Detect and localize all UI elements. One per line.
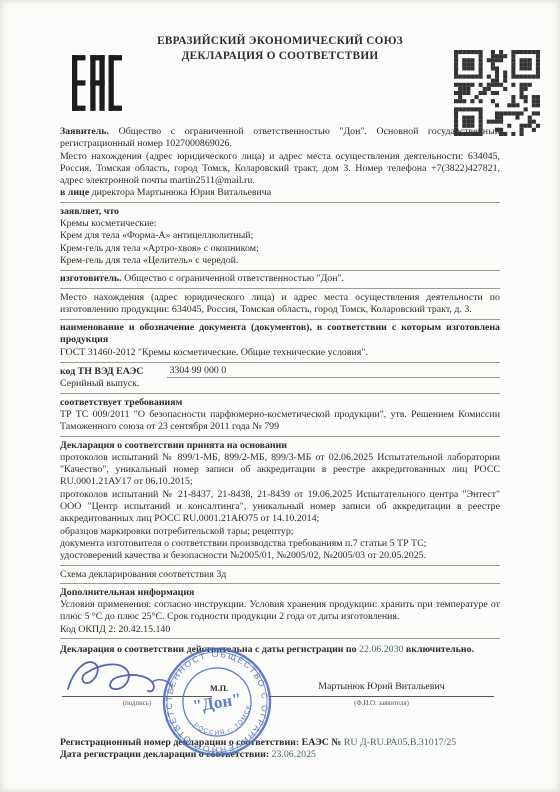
signature-block: (подпись) М.П. ОБЩЕСТВО С ОГРАНИЧЕННОЙ О… <box>60 661 500 721</box>
product-line: Кремы косметические: <box>60 218 500 230</box>
doc-basis-label: наименование и обозначение документа (до… <box>60 322 500 347</box>
compliance-label: соответствует требованиям <box>60 397 500 409</box>
manufacturer-paragraph: изготовитель. Общество с ограниченной от… <box>60 273 500 285</box>
applicant-label: Заявитель. <box>60 126 109 137</box>
signature-icon <box>60 655 225 699</box>
registration-footer: Регистрационный номер декларации о соотв… <box>60 737 500 762</box>
registration-date-value: 23.06.2025 <box>272 749 316 760</box>
divider <box>60 638 500 639</box>
manufacturer-address: Место нахождения (адрес юридического лиц… <box>60 292 500 317</box>
name-line <box>269 696 494 697</box>
registration-number-line: Регистрационный номер декларации о соотв… <box>60 737 500 749</box>
divider <box>60 202 500 203</box>
registration-number-value: RU Д-RU.РА05.В.31017/25 <box>344 737 456 748</box>
divider <box>60 583 500 584</box>
applicant-person: в лице директора Мартынюка Юрия Витальев… <box>60 187 500 199</box>
document-header: ЕВРАЗИЙСКИЙ ЭКОНОМИЧЕСКИЙ СОЮЗ ДЕКЛАРАЦИ… <box>60 34 500 126</box>
tnved-row: код ТН ВЭД ЕАЭС 3304 99 000 0 <box>60 365 500 378</box>
product-line: Крем для тела «Форма-А» антицеллюлитный; <box>60 230 500 242</box>
divider <box>60 393 500 394</box>
additional-label: Дополнительная информация <box>60 587 500 599</box>
validity-date: 22.06.2030 <box>359 644 403 655</box>
basis-item: образцов маркировки потребительской тары… <box>60 526 500 538</box>
product-line: Крем-гель для тела «Целитель» с чередой. <box>60 255 500 267</box>
okpd-line: Код ОКПД 2: 20.42.15.140 <box>60 624 500 636</box>
basis-item: протоколов испытаний № 899/1-МБ, 899/2-М… <box>60 452 500 489</box>
tnved-code: 3304 99 000 0 <box>167 365 500 378</box>
serial-line: Серийный выпуск. <box>60 378 500 390</box>
scheme-line: Схема декларирования соответствия 3д <box>60 569 500 581</box>
basis-label: Декларация о соответствии принята на осн… <box>60 440 500 452</box>
divider <box>60 319 500 320</box>
applicant-signatory-name: Мартынюк Юрий Витальевич <box>269 681 494 693</box>
compliance-text: ТР ТС 009/2011 "О безопасности парфюмерн… <box>60 409 500 434</box>
applicant-paragraph: Заявитель. Общество с ограниченной ответ… <box>60 126 500 151</box>
divider <box>60 362 500 363</box>
divider <box>60 436 500 437</box>
basis-item: удостоверений качества и безопасности №2… <box>60 550 500 562</box>
document-title: ЕВРАЗИЙСКИЙ ЭКОНОМИЧЕСКИЙ СОЮЗ ДЕКЛАРАЦИ… <box>60 34 500 63</box>
signature-line <box>62 696 212 697</box>
name-caption: (Ф.И.О. заявителя) <box>269 698 494 710</box>
applicant-text: Общество с ограниченной ответственностью… <box>60 126 500 149</box>
person-name: директора Мартынюка Юрия Витальевича <box>92 187 272 198</box>
title-line-2: ДЕКЛАРАЦИЯ О СООТВЕТСТВИИ <box>60 49 500 64</box>
product-line: Крем-гель для тела «Артро-хвоя» с окопни… <box>60 243 500 255</box>
manufacturer-text: Общество с ограниченной ответственностью… <box>124 273 344 284</box>
additional-text: Условия применения: согласно инструкции.… <box>60 599 500 624</box>
declaration-document: ЕВРАЗИЙСКИЙ ЭКОНОМИЧЕСКИЙ СОЮЗ ДЕКЛАРАЦИ… <box>0 0 560 792</box>
declares-label: заявляет, что <box>60 206 500 218</box>
registration-date-line: Дата регистрации декларации о соответств… <box>60 749 500 761</box>
basis-item: протоколов испытаний № 21-8437, 21-8438,… <box>60 489 500 526</box>
stamp-place-label: М.П. <box>210 683 228 695</box>
manufacturer-label: изготовитель. <box>60 273 122 284</box>
qr-code <box>454 50 540 136</box>
divider <box>60 288 500 289</box>
title-line-1: ЕВРАЗИЙСКИЙ ЭКОНОМИЧЕСКИЙ СОЮЗ <box>60 34 500 49</box>
divider <box>60 565 500 566</box>
signature-caption: (подпись) <box>62 698 212 710</box>
applicant-address: Место нахождения (адрес юридического лиц… <box>60 151 500 188</box>
basis-item: документа изготовителя о соответствии пр… <box>60 538 500 550</box>
doc-basis-text: ГОСТ 31460-2012 "Кремы косметические. Об… <box>60 347 500 359</box>
person-label: в лице <box>60 187 89 198</box>
eac-logo-icon <box>72 54 122 112</box>
tnved-label: код ТН ВЭД ЕАЭС <box>60 366 143 378</box>
divider <box>60 270 500 271</box>
